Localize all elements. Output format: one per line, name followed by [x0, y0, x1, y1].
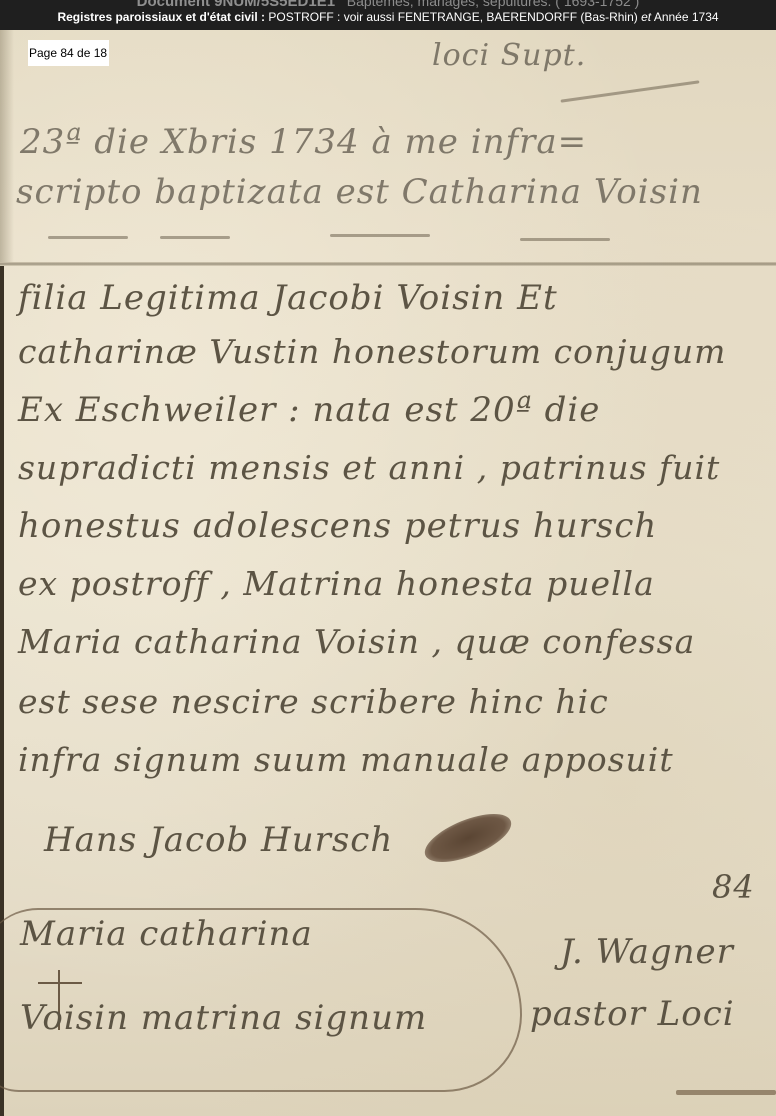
- document-title: Document 9NUM/5S5ED1E1 Baptêmes, mariage…: [0, 0, 776, 10]
- pen-stroke: [330, 234, 430, 237]
- document-subtitle: Registres paroissiaux et d'état civil : …: [0, 10, 776, 24]
- manuscript-line: ex postroff , Matrina honesta puella: [18, 564, 776, 603]
- ink-blot: [419, 804, 518, 872]
- folio-number: 84: [712, 868, 755, 906]
- manuscript-line: Maria catharina Voisin , quæ confessa: [18, 622, 776, 661]
- pen-stroke: [520, 238, 610, 241]
- manuscript-line: honestus adolescens petrus hursch: [18, 506, 776, 546]
- document-id: Document 9NUM/5S5ED1E1: [137, 0, 335, 10]
- manuscript-line: Ex Eschweiler : nata est 20ª die: [18, 390, 776, 430]
- pastor-signature: J. Wagner: [560, 932, 734, 972]
- pen-stroke: [676, 1090, 776, 1095]
- pastor-title: pastor Loci: [530, 994, 735, 1034]
- cross-mark: [38, 982, 82, 984]
- manuscript-line: loci Supt.: [432, 38, 776, 73]
- manuscript-line: catharinæ Vustin honestorum conjugum: [18, 332, 776, 371]
- collection-label: Registres paroissiaux et d'état civil :: [57, 10, 265, 24]
- manuscript-line: infra signum suum manuale apposuit: [18, 740, 776, 779]
- pen-stroke: [160, 236, 230, 239]
- manuscript-line: est sese nescire scribere hinc hic: [18, 682, 776, 721]
- page-fold-line: [0, 262, 776, 266]
- godfather-signature: Hans Jacob Hursch: [44, 820, 776, 860]
- page-indicator: Page 84 de 18: [28, 40, 109, 66]
- page-edge-shadow: [0, 30, 14, 262]
- pen-stroke: [48, 236, 128, 239]
- manuscript-line: 23ª die Xbris 1734 à me infra=: [20, 122, 776, 162]
- year-label: Année 1734: [654, 10, 719, 24]
- document-header: Document 9NUM/5S5ED1E1 Baptêmes, mariage…: [0, 0, 776, 30]
- conjunction-label: et: [641, 10, 651, 24]
- manuscript-line: supradicti mensis et anni , patrinus fui…: [18, 448, 776, 487]
- manuscript-line: filia Legitima Jacobi Voisin Et: [18, 278, 776, 318]
- place-label: POSTROFF : voir aussi FENETRANGE, BAEREN…: [268, 10, 637, 24]
- pen-stroke: [560, 80, 699, 102]
- manuscript-line: scripto baptizata est Catharina Voisin: [16, 172, 776, 212]
- document-image-viewer[interactable]: Page 84 de 18 loci Supt. 23ª die Xbris 1…: [0, 30, 776, 1116]
- document-description: Baptêmes, mariages, sépultures. ( 1693-1…: [347, 0, 640, 9]
